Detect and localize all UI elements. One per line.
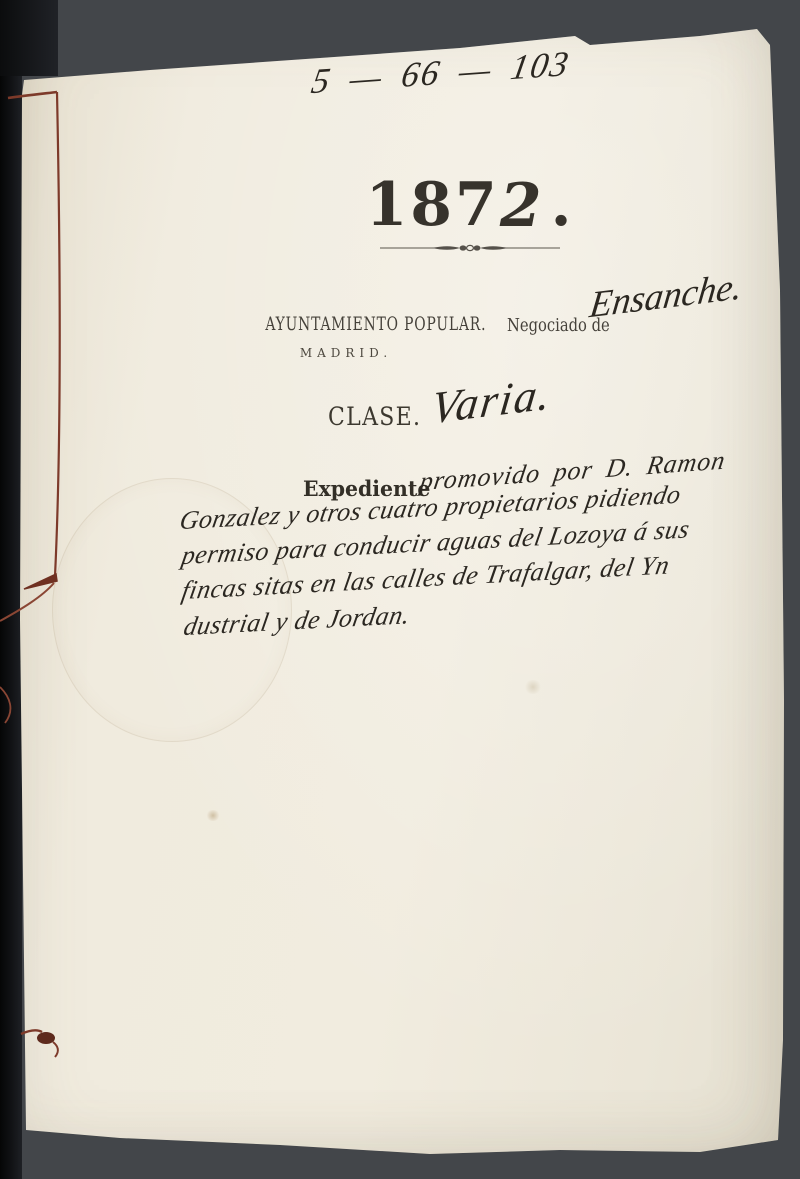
year-period: . — [551, 170, 575, 240]
year-heading: 1872. — [368, 170, 572, 240]
clase-label: CLASE. — [328, 402, 421, 431]
institution-city: MADRID. — [250, 346, 442, 360]
ornamental-divider-icon — [378, 241, 562, 255]
scanned-archive-page: 5 — 66 — 103 1872. AYUNTAMIENTO POPULAR.… — [0, 0, 800, 1179]
year-digit-italic: 2 — [500, 171, 545, 241]
year-digits: 187 — [366, 170, 500, 240]
institution-name: AYUNTAMIENTO POPULAR. — [265, 313, 426, 334]
